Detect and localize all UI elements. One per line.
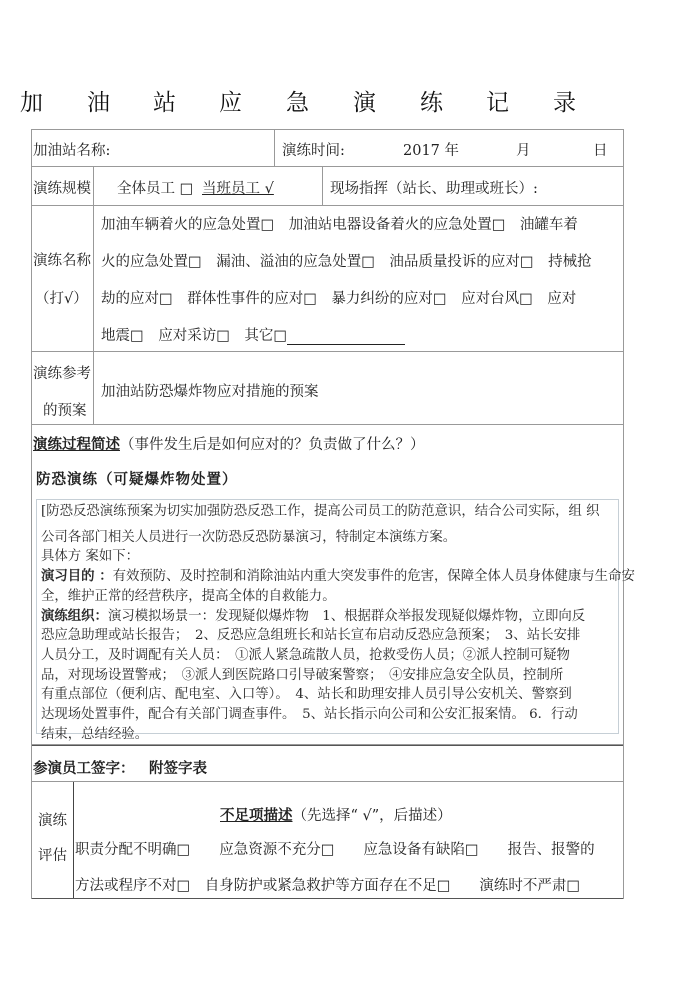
- process-heading: 演练过程简述（事件发生后是如何应对的？负责做了什么？）: [33, 433, 425, 454]
- deficiency-heading: 不足项描述（先选择“ √”，后描述）: [220, 804, 452, 825]
- drill-name-hint: （打√）: [35, 287, 88, 308]
- option-on-duty-staff[interactable]: 当班员工 √: [202, 177, 274, 198]
- row-drill-name: 演练名称 （打√） 加油车辆着火的应急处置□ 加油站电器设备着火的应急处置□ 油…: [32, 206, 623, 352]
- process-text-box: [防恐反恐演练预案为切实加强防恐反恐工作，提高公司员工的防范意识，结合公司实际，…: [36, 499, 619, 734]
- org-line: 有重点部位（便利店、配电室、入口等）。 4、站长和助理安排人员引导公安机关、警察…: [41, 685, 614, 705]
- document-title: 加 油 站 应 急 演 练 记 录: [0, 84, 700, 114]
- drill-options-line[interactable]: 劫的应对□ 群体性事件的应对□ 暴力纠纷的应对□ 应对台风□ 应对: [101, 287, 576, 308]
- row-scale: 演练规模 全体员工 □ 当班员工 √ 现场指挥（站长、助理或班长）:: [32, 167, 623, 206]
- signature-value: 附签字表: [149, 757, 207, 778]
- purpose-line: 演习目的 ：有效预防、及时控制和消除油站内重大突发事件的危害，保障全体人员身体健…: [41, 567, 614, 587]
- deficiency-options-line[interactable]: 职责分配不明确□ 应急资源不充分□ 应急设备有缺陷□ 报告、报警的: [75, 838, 595, 859]
- row-station-time: 加油站名称: 演练时间: 2017 年 月 日: [32, 130, 623, 167]
- drill-day-label: 日: [593, 139, 608, 160]
- drill-options-line[interactable]: 火的应急处置□ 漏油、溢油的应急处置□ 油品质量投诉的应对□ 持械抢: [101, 250, 592, 271]
- plan-line: 具体方 案如下：: [41, 547, 614, 567]
- evaluation-label-2: 评估: [38, 844, 67, 865]
- title-char: 油: [87, 84, 110, 117]
- process-section: 演练过程简述（事件发生后是如何应对的？负责做了什么？） 防恐演练（可疑爆炸物处置…: [32, 425, 623, 745]
- title-char: 记: [486, 84, 509, 117]
- commander-label: 现场指挥（站长、助理或班长）:: [330, 177, 538, 198]
- process-subtitle: 防恐演练（可疑爆炸物处置）: [36, 468, 238, 489]
- row-signature: 参演员工签字： 附签字表: [32, 745, 623, 782]
- title-char: 演: [353, 84, 376, 117]
- deficiency-options-line[interactable]: 方法或程序不对□ 自身防护或紧急救护等方面存在不足□ 演练时不严肃□: [75, 874, 580, 895]
- drill-record-table: 加油站名称: 演练时间: 2017 年 月 日 演练规模 全体员工 □ 当班员工…: [31, 129, 624, 899]
- org-line: 恐应急助理或站长报告； 2、反恐应急组班长和站长宣布启动反恐应急预案； 3、站长…: [41, 626, 614, 646]
- reference-plan-value: 加油站防恐爆炸物应对措施的预案: [101, 380, 319, 401]
- title-char: 加: [20, 84, 43, 117]
- drill-month-label: 月: [516, 139, 531, 160]
- org-line: 演练组织：演习模拟场景一：发现疑似爆炸物 1、根据群众举报发现疑似爆炸物，立即向…: [41, 607, 614, 627]
- option-all-staff[interactable]: 全体员工 □: [117, 177, 193, 198]
- intro-line: 公司各部门相关人员进行一次防恐反恐防暴演习，特制定本演练方案。: [41, 528, 614, 548]
- row-reference-plan: 演练参考 的预案 加油站防恐爆炸物应对措施的预案: [32, 352, 623, 425]
- title-char: 应: [219, 84, 242, 117]
- drill-time-label: 演练时间:: [282, 139, 345, 160]
- purpose-line: 全，维护正常的经营秩序，提高全体的自救能力。: [41, 587, 614, 607]
- drill-year-value: 2017 年: [403, 139, 459, 160]
- org-line: 结束，总结经验。: [41, 725, 614, 745]
- org-line: 品，对现场设置警戒； ③派人到医院路口引导破案警察； ④安排应急安全队员，控制所: [41, 666, 614, 686]
- station-name-label: 加油站名称:: [33, 139, 110, 160]
- other-blank-field[interactable]: [287, 330, 405, 345]
- org-line: 人员分工，及时调配有关人员： ①派人紧急疏散人员，抢救受伤人员；②派人控制可疑物: [41, 646, 614, 666]
- title-char: 录: [553, 84, 576, 117]
- row-evaluation: 演练 评估 不足项描述（先选择“ √”，后描述） 职责分配不明确□ 应急资源不充…: [32, 782, 623, 899]
- signature-label: 参演员工签字：: [33, 757, 135, 778]
- scale-label: 演练规模: [33, 177, 91, 198]
- evaluation-label: 演练: [38, 809, 67, 830]
- title-char: 站: [153, 84, 176, 117]
- intro-line: [防恐反恐演练预案为切实加强防恐反恐工作，提高公司员工的防范意识，结合公司实际，…: [41, 502, 614, 522]
- drill-options-line[interactable]: 地震□ 应对采访□ 其它□: [101, 324, 405, 345]
- drill-options-line[interactable]: 加油车辆着火的应急处置□ 加油站电器设备着火的应急处置□ 油罐车着: [101, 213, 578, 234]
- title-char: 练: [420, 84, 443, 117]
- org-line: 达现场处置事件，配合有关部门调查事件。 5、站长指示向公司和公安汇报案情。 6．…: [41, 705, 614, 725]
- drill-name-label: 演练名称: [33, 249, 91, 270]
- reference-plan-label-2: 的预案: [43, 399, 87, 420]
- reference-plan-label: 演练参考: [33, 362, 91, 383]
- title-char: 急: [286, 84, 309, 117]
